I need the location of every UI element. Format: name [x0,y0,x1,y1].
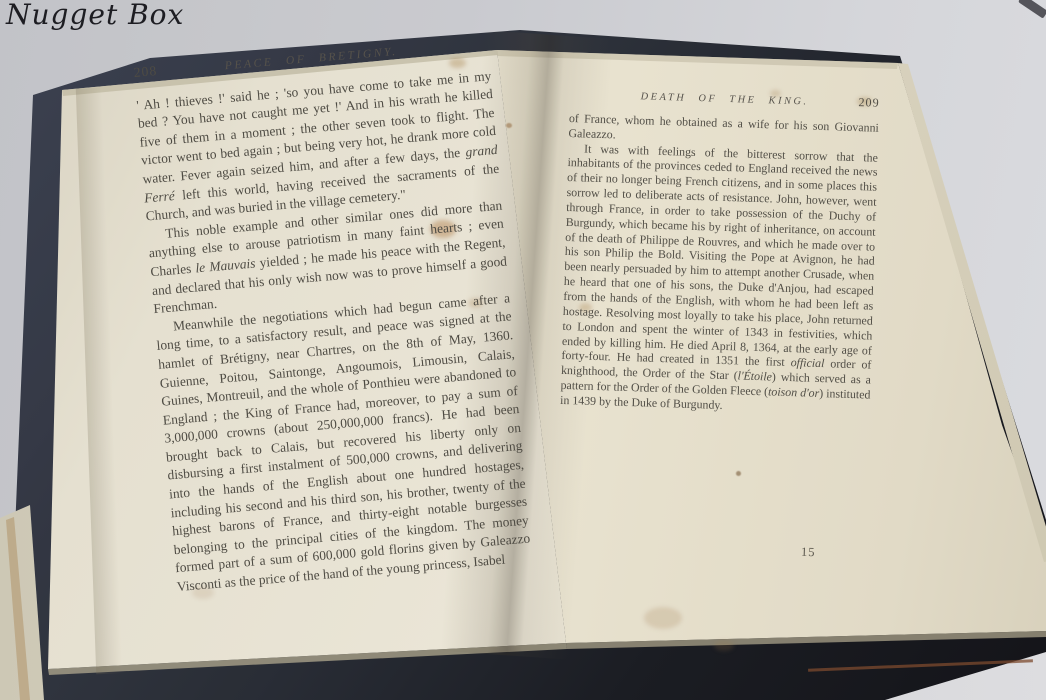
right-page-number: 209 [841,95,880,111]
header-spacer [570,97,609,98]
header-spacer [445,47,489,51]
book-photo-scene: Nugget Box 208 PEACE OF BRETIGNY. ' Ah !… [0,0,1046,700]
paragraph: Meanwhile the negotiations which had beg… [154,289,532,597]
right-page-text: DEATH OF THE KING. 209 of France, whom h… [560,86,880,417]
left-page-text: 208 PEACE OF BRETIGNY. ' Ah ! thieves !'… [133,34,532,597]
right-page-paragraphs: of France, whom he obtained as a wife fo… [560,111,879,417]
foxing-spot [736,471,741,476]
watermark-text: Nugget Box [6,0,184,31]
left-page-number: 208 [133,60,178,82]
paragraph: It was with feelings of the bitterest so… [560,141,878,418]
right-running-head: DEATH OF THE KING. [608,89,841,111]
foxing-stain [644,607,682,629]
corner-debris-mark [1018,0,1046,19]
foxing-stain [714,640,734,651]
foxing-spot [506,123,512,128]
left-page-paragraphs: ' Ah ! thieves !' said he ; 'so you have… [136,67,533,597]
signature-mark: 15 [801,545,816,560]
